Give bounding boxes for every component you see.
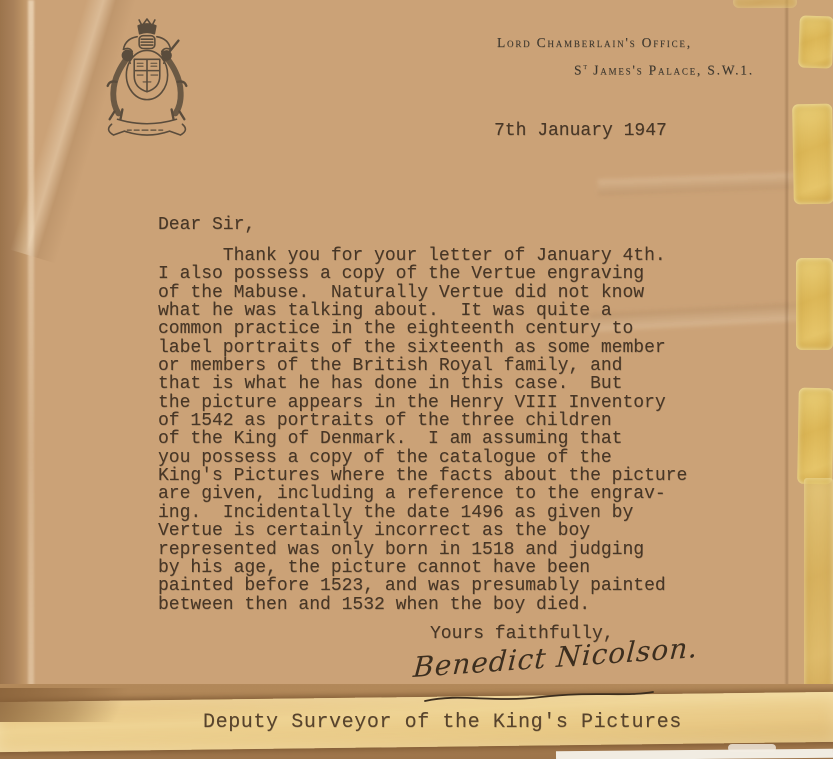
- letterhead-address-initial: S: [574, 63, 583, 78]
- letterhead-office: Lord Chamberlain's Office,: [497, 35, 692, 51]
- letter-scan: Lord Chamberlain's Office, St James's Pa…: [0, 0, 833, 759]
- signature-flourish: [421, 687, 659, 707]
- letter-date: 7th January 1947: [494, 121, 667, 141]
- tape-patch: [792, 104, 833, 205]
- letterhead-address-rest: James's Palace, S.W.1.: [588, 63, 754, 78]
- salutation: Dear Sir,: [158, 215, 255, 235]
- tape-patch: [797, 388, 833, 485]
- paper-fold-shadow: [0, 688, 170, 722]
- signer-title: Deputy Surveyor of the King's Pictures: [203, 711, 682, 734]
- tape-patch: [798, 15, 833, 68]
- paper-crease: [598, 173, 798, 196]
- tape-patch: [796, 258, 833, 350]
- background-sliver: [728, 744, 776, 752]
- background-sliver: [556, 749, 833, 759]
- royal-coat-of-arms-icon: [88, 12, 206, 144]
- letter-body: Thank you for your letter of January 4th…: [158, 247, 687, 614]
- signature: Benedict Nicolson.: [413, 641, 673, 715]
- tape-patch: [804, 478, 833, 696]
- tape-patch: [733, 0, 797, 8]
- letterhead-address: St James's Palace, S.W.1.: [574, 61, 754, 79]
